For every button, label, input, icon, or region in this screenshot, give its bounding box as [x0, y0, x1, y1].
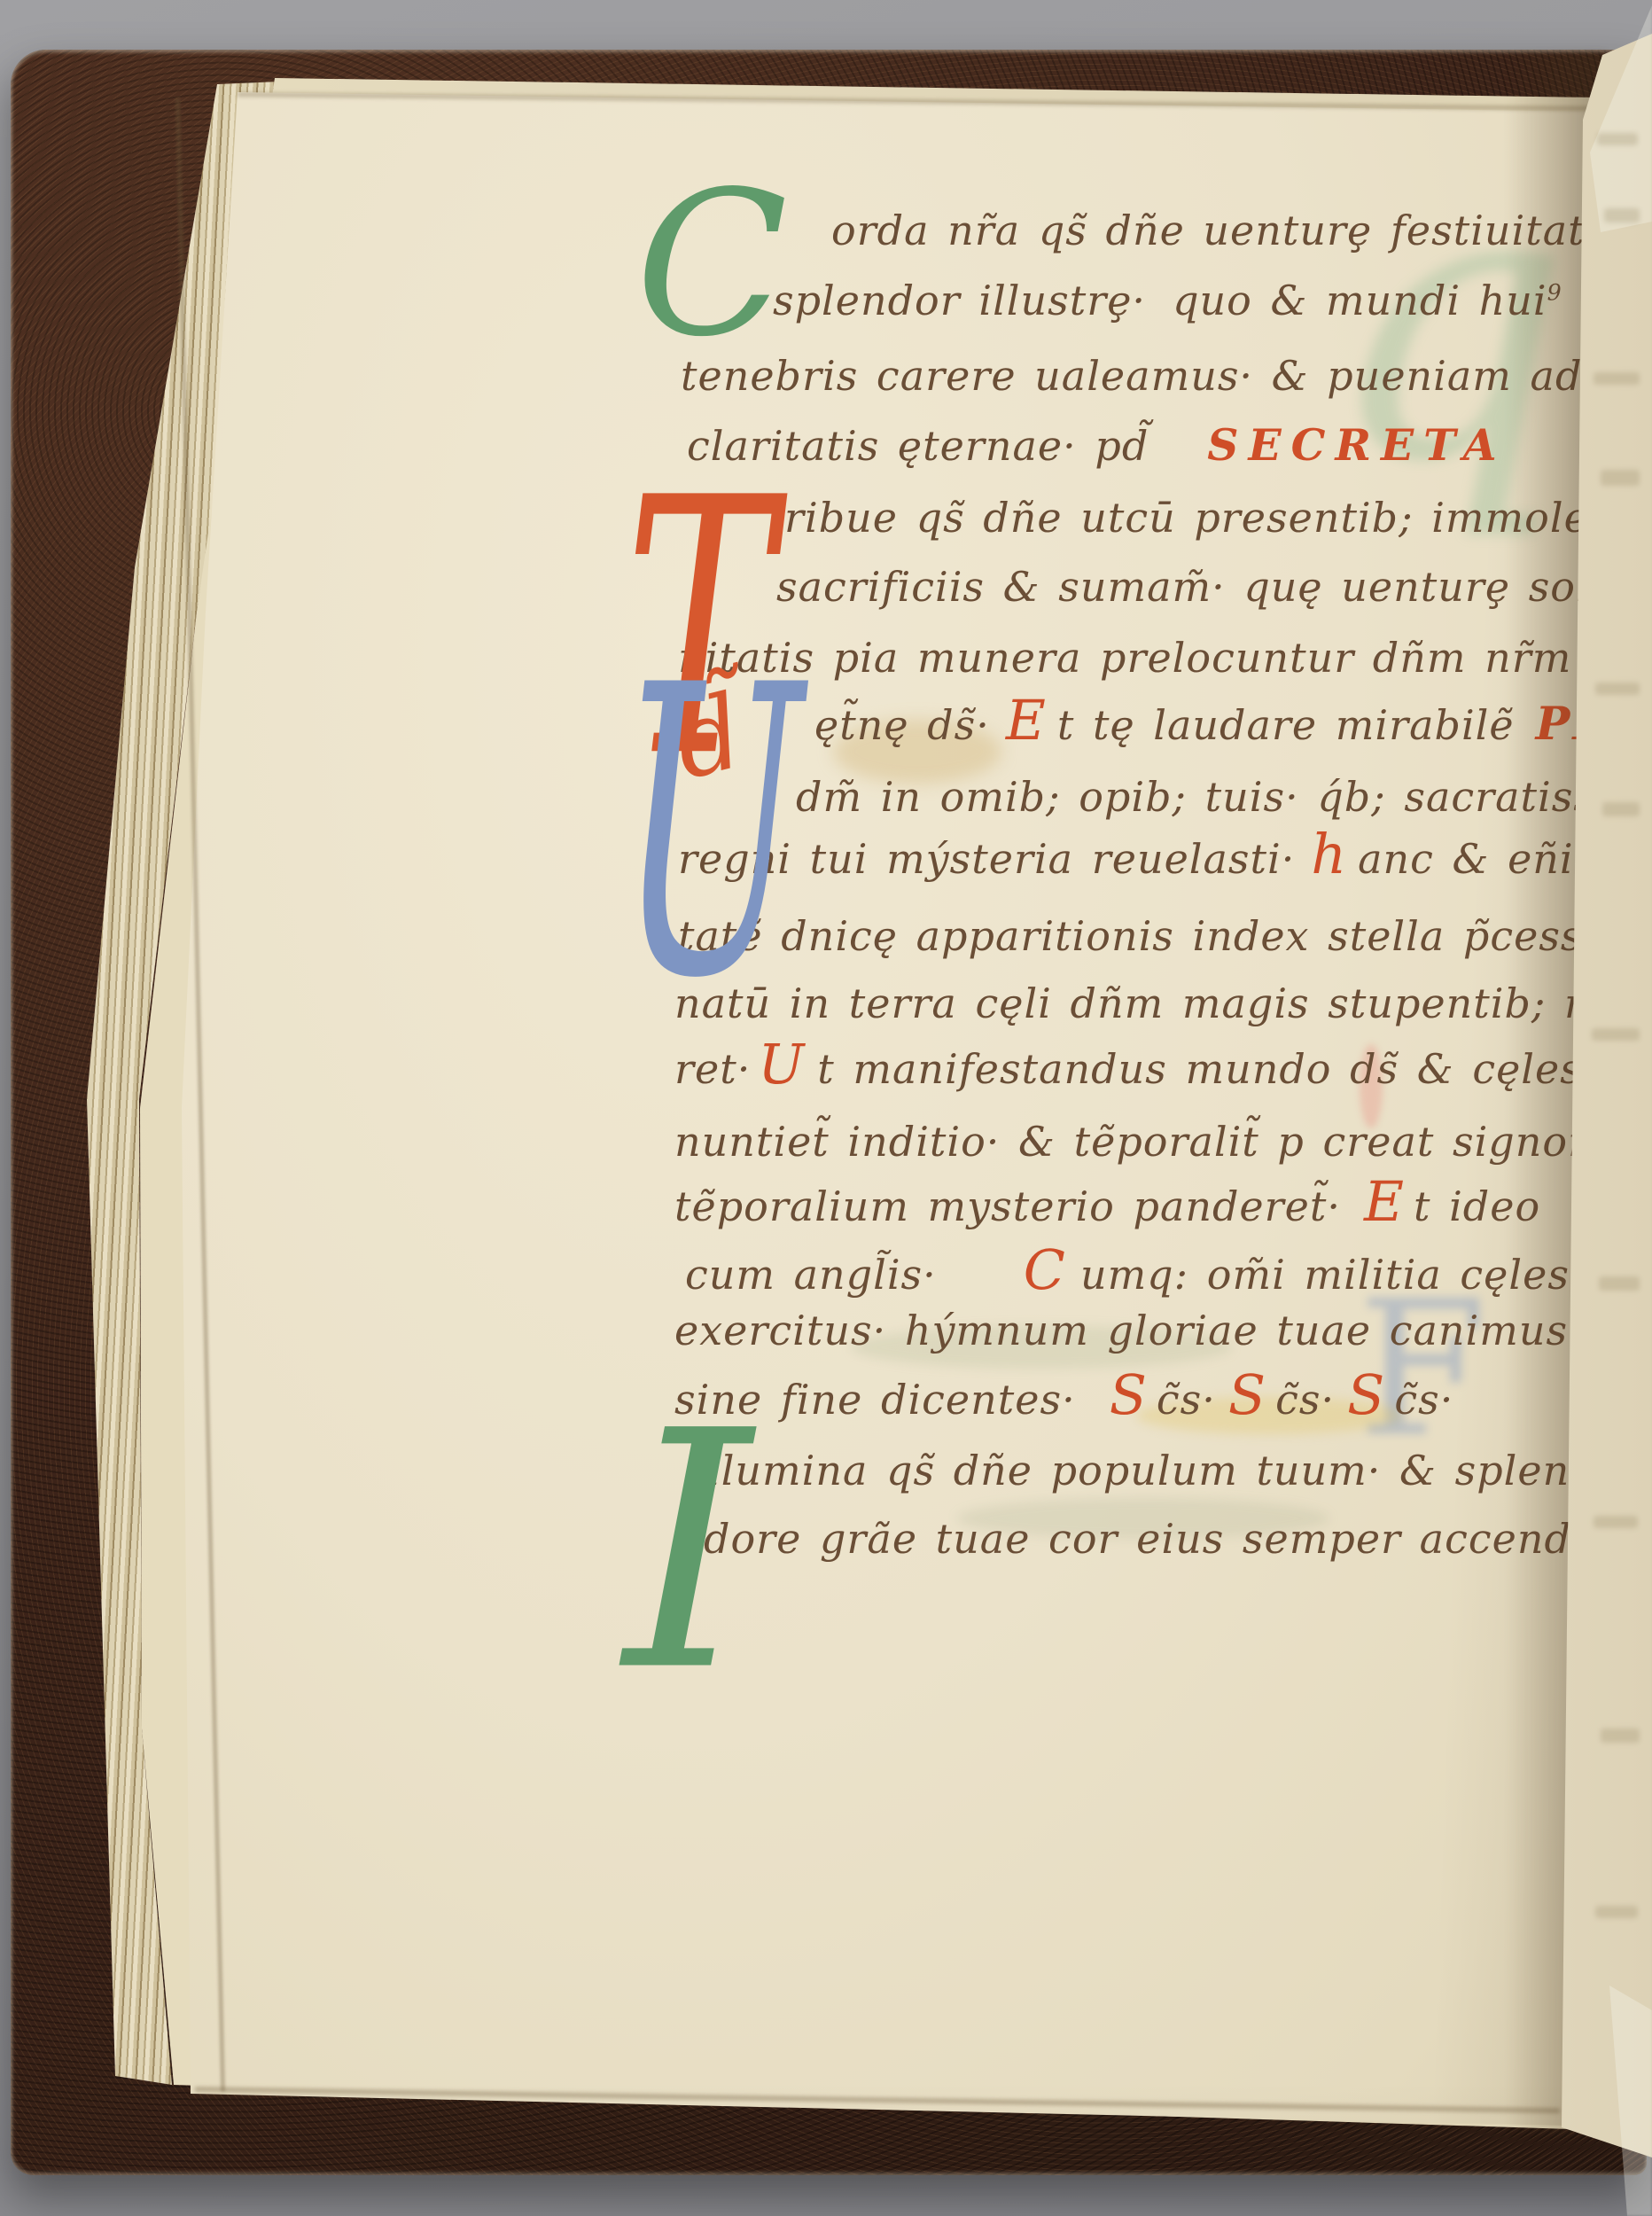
- manuscript-text: c̃s·: [1157, 1376, 1216, 1424]
- fore-edge-text-showthrough: [1595, 683, 1640, 695]
- rubric-text: C: [1024, 1238, 1066, 1302]
- manuscript-text: exercitus· hýmnum gloriae tuae canimus: [674, 1307, 1568, 1354]
- fore-edge-text-showthrough: [1594, 372, 1640, 385]
- text-line: dore grãe tuae cor eius semper accende·: [704, 1516, 1610, 1563]
- rubric-text: SECRETA: [1207, 420, 1506, 471]
- manuscript-text: cum angl̃is·: [685, 1251, 937, 1299]
- fore-edge-text-showthrough: [1597, 133, 1638, 145]
- fore-edge-text-showthrough: [1594, 1516, 1638, 1528]
- fore-edge-text-showthrough: [1599, 1276, 1640, 1291]
- text-block: orda nr̃a qs̃ dñe uenturȩ festiuitatissp…: [0, 0, 1652, 2216]
- text-line: claritatis ęternae· pd̃SECRETA: [687, 421, 1507, 471]
- manuscript-text: nitatis pia munera prelocuntur dñm nr̃m: [678, 634, 1571, 682]
- fore-edge-text-showthrough: [1604, 208, 1640, 222]
- manuscript-text: quo & mundi hui: [1173, 277, 1547, 324]
- text-line: ribue qs̃ dñe utcū presentib; immolem̃: [784, 495, 1628, 542]
- text-line: orda nr̃a qs̃ dñe uenturȩ festiuitatis: [831, 207, 1621, 254]
- fore-edge-text-showthrough: [1602, 802, 1640, 816]
- fore-edge-text-showthrough: [1595, 1906, 1638, 1918]
- text-line: nuntiet̃ inditio· & tẽporalit̃ p creat s…: [674, 1119, 1616, 1166]
- rubric-text: S: [1228, 1363, 1266, 1427]
- fore-edge-text-showthrough: [1592, 1028, 1640, 1041]
- manuscript-text: c̃s·: [1394, 1376, 1453, 1424]
- rubric-text: h: [1311, 823, 1347, 886]
- manuscript-text: llumina qs̃ dñe populum tuum· & splen: [707, 1447, 1570, 1494]
- manuscript-text: ęt̃nę ds̃·: [814, 701, 990, 749]
- manuscript-text: tẽporalium mysterio panderet̃·: [674, 1182, 1341, 1230]
- manuscript-text: t tę laudare mirabilẽ: [1057, 701, 1515, 749]
- text-line: sine fine dicentes·Sc̃s·Sc̃s·Sc̃s·: [674, 1377, 1453, 1424]
- text-line: nitatis pia munera prelocuntur dñm nr̃m: [678, 635, 1571, 682]
- text-line: tẽporalium mysterio panderet̃·Et ideo: [674, 1183, 1540, 1230]
- manuscript-text: c̃s·: [1275, 1376, 1335, 1424]
- rubric-text: E: [1364, 1170, 1405, 1234]
- manuscript-text: dore grãe tuae cor eius semper accende·: [704, 1515, 1610, 1563]
- manuscript-text: natū in terra cęli dñm magis stupentib; …: [674, 979, 1652, 1027]
- text-line: splendor illustrȩ·quo & mundi hui9: [773, 277, 1562, 324]
- fore-edge-text-showthrough: [1601, 470, 1640, 486]
- text-line: exercitus· hýmnum gloriae tuae canimus: [674, 1307, 1568, 1354]
- text-line: ret·Ut manifestandus mundo ds̃ & cęlesti…: [674, 1046, 1652, 1093]
- illuminated-initial-I: I: [624, 1389, 752, 1717]
- rubric-text: E: [1006, 689, 1047, 753]
- text-line: llumina qs̃ dñe populum tuum· & splen: [707, 1447, 1570, 1494]
- illuminated-initial-C: C: [635, 166, 788, 365]
- manuscript-photo: q F orda nr̃a qs̃ dñe uenturȩ festiuitat…: [0, 0, 1652, 2216]
- rubric-text: S: [1110, 1363, 1148, 1427]
- manuscript-text: splendor illustrȩ·: [773, 277, 1146, 324]
- rubric-text: S: [1347, 1363, 1385, 1427]
- manuscript-text: orda nr̃a qs̃ dñe uenturȩ festiuitatis: [831, 207, 1621, 254]
- text-line: natū in terra cęli dñm magis stupentib; …: [674, 980, 1652, 1027]
- fore-edge-text-showthrough: [1601, 1728, 1640, 1743]
- text-line: cum angl̃is·Cumq: om̃i militia cęlestis: [685, 1252, 1623, 1299]
- manuscript-text: nuntiet̃ inditio· & tẽporalit̃ p creat s…: [674, 1118, 1616, 1166]
- manuscript-text: ribue qs̃ dñe utcū presentib; immolem̃: [784, 494, 1628, 542]
